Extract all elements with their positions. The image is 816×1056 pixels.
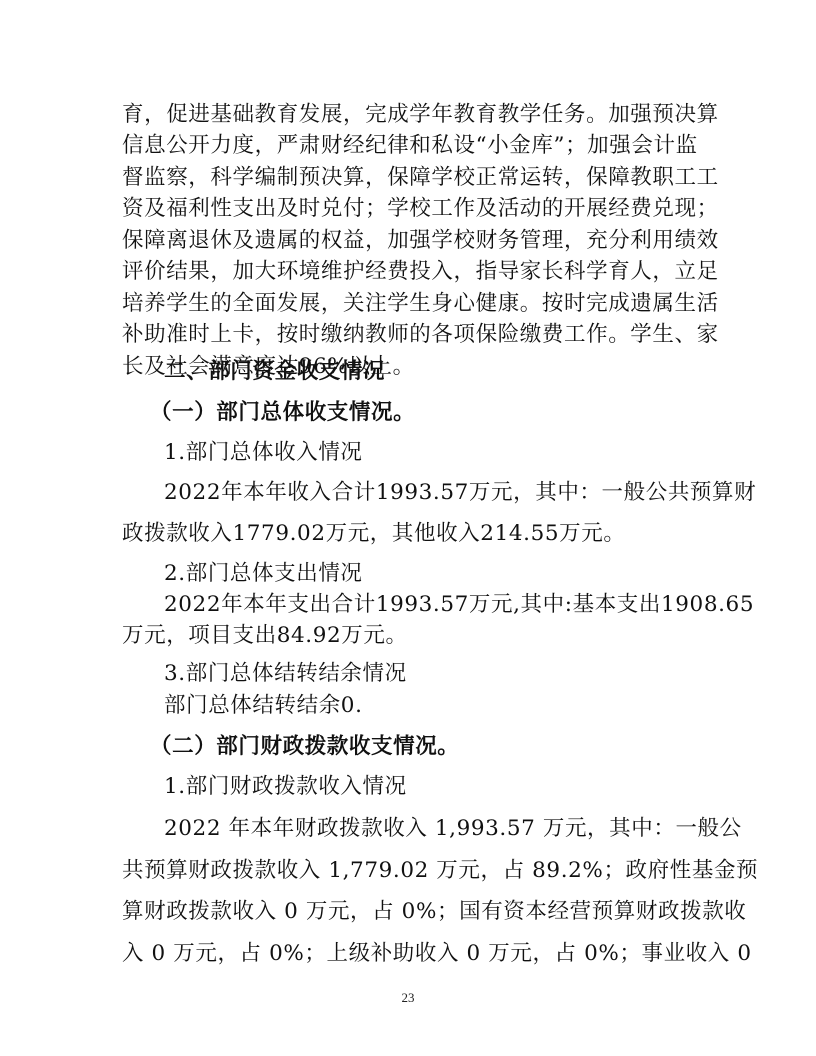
body-text-line: 2022年本年支出合计1993.57万元,其中:基本支出1908.65 xyxy=(164,591,694,619)
body-text-line: 入 0 万元，占 0%；上级补助收入 0 万元，占 0%；事业收入 0 xyxy=(122,940,694,968)
subsection-heading: （一）部门总体收支情况。 xyxy=(150,399,722,427)
item-title: 1.部门财政拨款收入情况 xyxy=(164,773,694,801)
body-text-line: 共预算财政拨款收入 1,779.02 万元，占 89.2%；政府性基金预 xyxy=(122,857,694,885)
page-number: 23 xyxy=(0,990,816,1006)
body-text-line: 部门总体结转结余0. xyxy=(164,692,694,720)
body-text-line: 补助准时上卡，按时缴纳教师的各项保险缴费工作。学生、家 xyxy=(122,321,694,349)
body-text-line: 资及福利性支出及时兑付；学校工作及活动的开展经费兑现； xyxy=(122,195,694,223)
body-text-line: 政拨款收入1779.02万元，其他收入214.55万元。 xyxy=(122,520,694,548)
body-text-line: 万元，项目支出84.92万元。 xyxy=(122,622,694,650)
body-text-line: 信息公开力度，严肃财经纪律和私设“小金库”；加强会计监 xyxy=(122,132,694,160)
item-title: 2.部门总体支出情况 xyxy=(164,560,694,588)
body-text-line: 评价结果，加大环境维护经费投入，指导家长科学育人，立足 xyxy=(122,258,694,286)
section-heading: 二、部门资金收支情况 xyxy=(164,358,694,386)
item-title: 1.部门总体收入情况 xyxy=(164,439,694,467)
subsection-heading: （二）部门财政拨款收支情况。 xyxy=(150,733,722,761)
document-page: 育，促进基础教育发展，完成学年教育教学任务。加强预决算 信息公开力度，严肃财经纪… xyxy=(0,0,816,1056)
body-text-line: 育，促进基础教育发展，完成学年教育教学任务。加强预决算 xyxy=(122,101,694,129)
body-text-line: 保障离退休及遗属的权益，加强学校财务管理，充分利用绩效 xyxy=(122,227,694,255)
body-text-line: 2022年本年收入合计1993.57万元，其中：一般公共预算财 xyxy=(164,479,694,507)
item-title: 3.部门总体结转结余情况 xyxy=(164,660,694,688)
body-text-line: 算财政拨款收入 0 万元，占 0%；国有资本经营预算财政拨款收 xyxy=(122,898,694,926)
body-text-line: 督监察，科学编制预决算，保障学校正常运转，保障教职工工 xyxy=(122,164,694,192)
body-text-line: 培养学生的全面发展，关注学生身心健康。按时完成遗属生活 xyxy=(122,290,694,318)
body-text-line: 2022 年本年财政拨款收入 1,993.57 万元，其中：一般公 xyxy=(164,815,694,843)
